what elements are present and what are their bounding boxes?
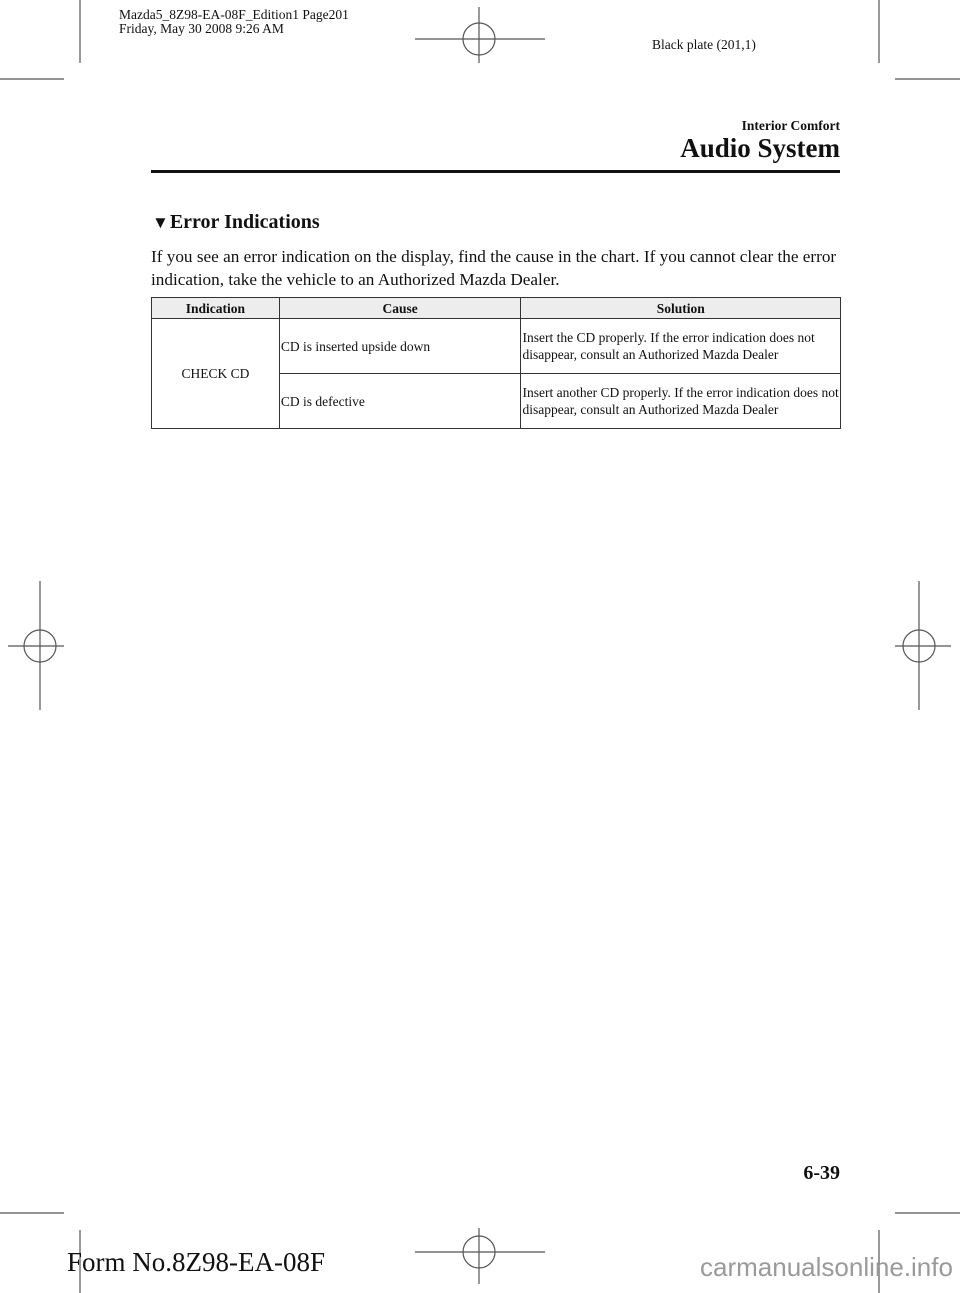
watermark: carmanualsonline.info	[700, 1252, 953, 1283]
header-rule	[151, 170, 840, 173]
header-indication: Indication	[152, 298, 280, 319]
header-cause: Cause	[279, 298, 521, 319]
slug-file-line: Mazda5_8Z98-EA-08F_Edition1 Page201	[119, 8, 349, 22]
table-row: CHECK CD CD is inserted upside down Inse…	[152, 319, 841, 374]
intro-paragraph: If you see an error indication on the di…	[151, 245, 841, 291]
crop-marks	[0, 0, 960, 1293]
table-header-row: Indication Cause Solution	[152, 298, 841, 319]
solution-cell: Insert another CD properly. If the error…	[521, 374, 841, 429]
error-table: Indication Cause Solution CHECK CD CD is…	[151, 297, 841, 429]
cause-cell: CD is defective	[279, 374, 521, 429]
page-number: 6-39	[803, 1162, 840, 1185]
section-title: Audio System	[680, 132, 840, 164]
indication-cell: CHECK CD	[152, 319, 280, 429]
solution-cell: Insert the CD properly. If the error ind…	[521, 319, 841, 374]
section-heading-text: Error Indications	[170, 211, 320, 234]
down-triangle-icon: ▼	[152, 213, 169, 233]
slug-date-line: Friday, May 30 2008 9:26 AM	[119, 22, 349, 36]
print-slug: Mazda5_8Z98-EA-08F_Edition1 Page201 Frid…	[119, 8, 349, 36]
form-number: Form No.8Z98-EA-08F	[67, 1247, 325, 1278]
section-heading: ▼ Error Indications	[152, 211, 320, 234]
header-solution: Solution	[521, 298, 841, 319]
plate-label: Black plate (201,1)	[652, 37, 756, 53]
cause-cell: CD is inserted upside down	[279, 319, 521, 374]
